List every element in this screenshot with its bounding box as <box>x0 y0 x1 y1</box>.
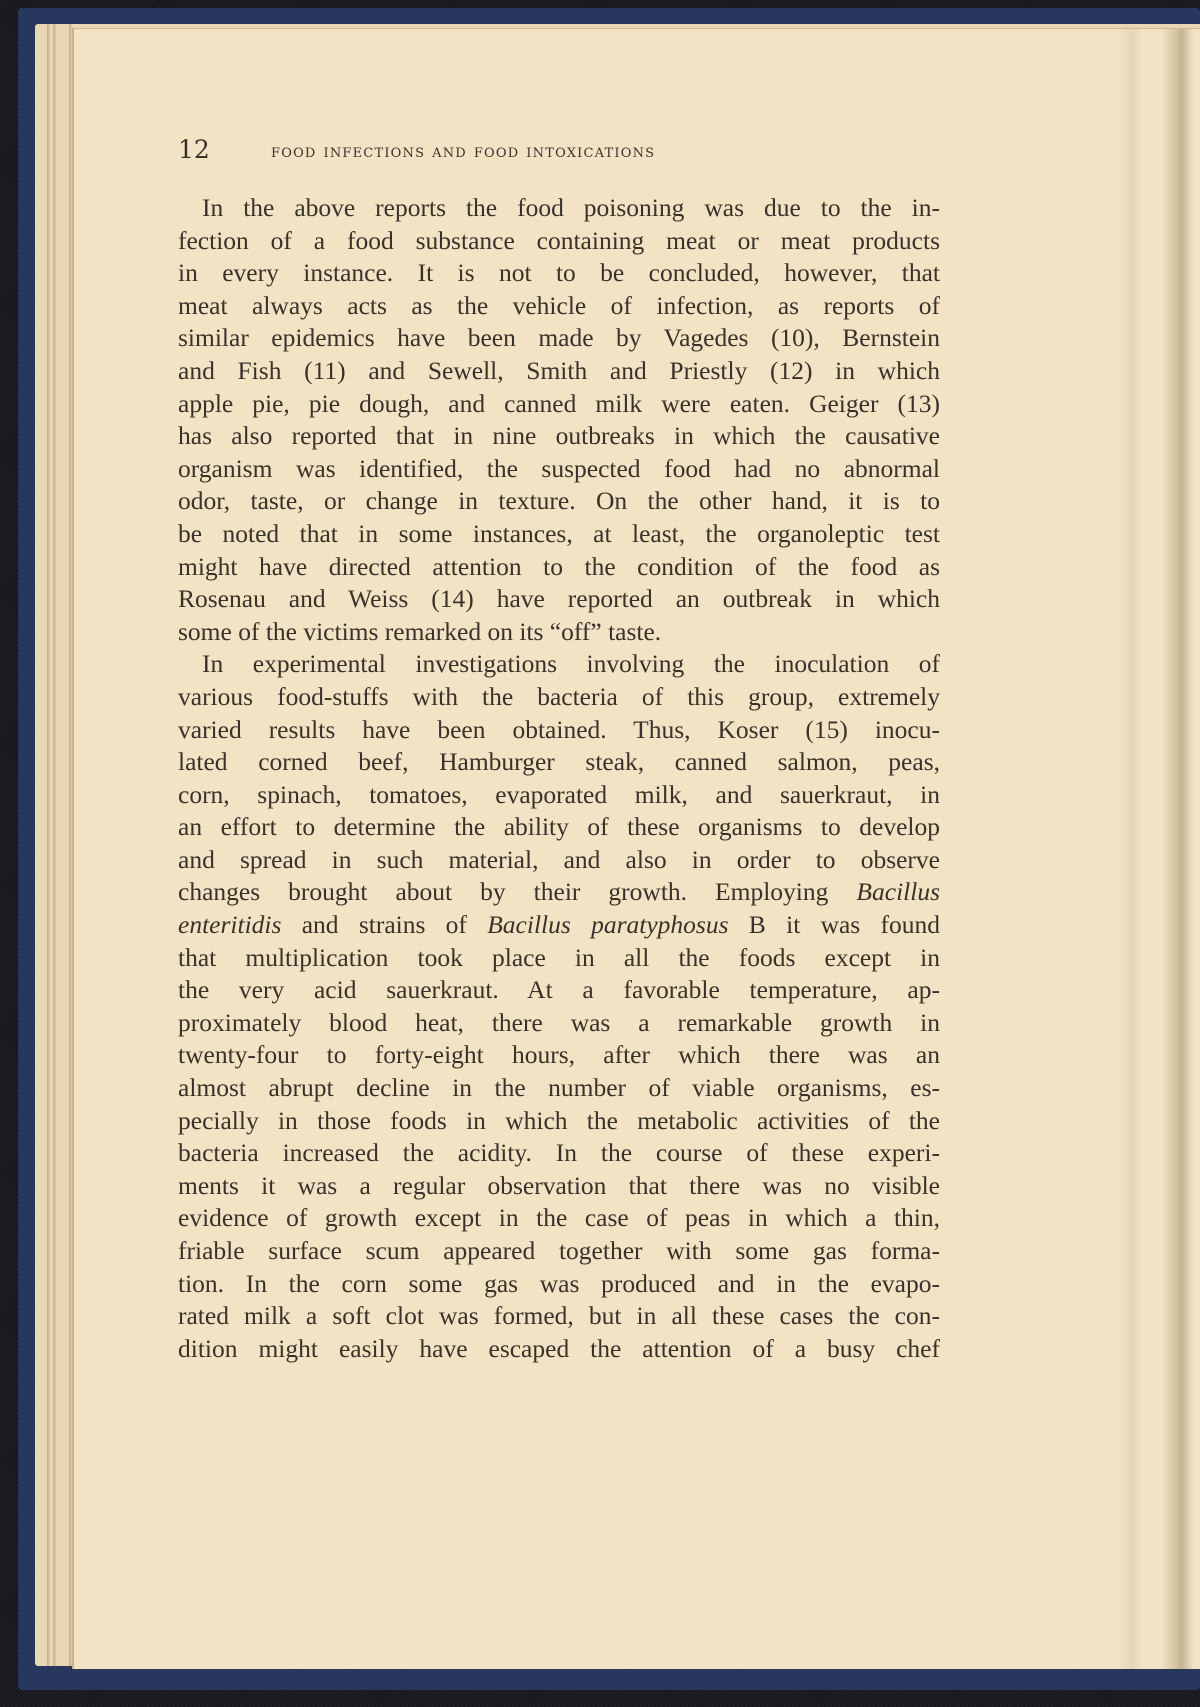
text-run: changes brought about by their growth. E… <box>178 877 856 906</box>
text-line: fection of a food substance containing m… <box>178 225 940 258</box>
text-line: might have directed attention to the con… <box>178 551 940 584</box>
body-text: In the above reports the food poisoning … <box>178 192 940 1365</box>
text-line: twenty-four to forty-eight hours, after … <box>178 1039 940 1072</box>
text-line: has also reported that in nine outbreaks… <box>178 420 940 453</box>
page-edge-line <box>47 24 50 1666</box>
text-line-with-italic: enteritidis and strains of Bacillus para… <box>178 909 940 942</box>
text-line: some of the victims remarked on its “off… <box>178 616 940 649</box>
text-line: friable surface scum appeared together w… <box>178 1235 940 1268</box>
text-run: B it was found <box>729 910 941 939</box>
text-line: almost abrupt decline in the number of v… <box>178 1072 940 1105</box>
italic-taxon: enteritidis <box>178 910 281 939</box>
book-scan: 12 FOOD INFECTIONS AND FOOD INTOXICATION… <box>0 0 1200 1707</box>
running-head-title: FOOD INFECTIONS AND FOOD INTOXICATIONS <box>271 132 655 172</box>
text-line: corn, spinach, tomatoes, evaporated milk… <box>178 779 940 812</box>
page-number: 12 <box>178 130 210 170</box>
text-line: dition might easily have escaped the att… <box>178 1333 940 1366</box>
text-line: evidence of growth except in the case of… <box>178 1202 940 1235</box>
page-edge-line <box>53 24 56 1666</box>
text-line: lated corned beef, Hamburger steak, cann… <box>178 746 940 779</box>
text-line: tion. In the corn some gas was produced … <box>178 1268 940 1301</box>
text-line: meat always acts as the vehicle of infec… <box>178 290 940 323</box>
text-line: the very acid sauerkraut. At a favorable… <box>178 974 940 1007</box>
text-line: various food-stuffs with the bacteria of… <box>178 681 940 714</box>
text-line: in every instance. It is not to be concl… <box>178 257 940 290</box>
text-line: Rosenau and Weiss (14) have reported an … <box>178 583 940 616</box>
text-line: and spread in such material, and also in… <box>178 844 940 877</box>
text-line: ments it was a regular observation that … <box>178 1170 940 1203</box>
text-run: and strains of <box>281 910 487 939</box>
italic-taxon: Bacillus paratyphosus <box>487 910 728 939</box>
text-line: rated milk a soft clot was formed, but i… <box>178 1300 940 1333</box>
text-line: an effort to determine the ability of th… <box>178 811 940 844</box>
italic-taxon: Bacillus <box>856 877 940 906</box>
text-line: organism was identified, the suspected f… <box>178 453 940 486</box>
text-line: bacteria increased the acidity. In the c… <box>178 1137 940 1170</box>
text-line: In the above reports the food poisoning … <box>178 192 940 225</box>
text-line: similar epidemics have been made by Vage… <box>178 322 940 355</box>
text-line: proximately blood heat, there was a rema… <box>178 1007 940 1040</box>
text-line: and Fish (11) and Sewell, Smith and Prie… <box>178 355 940 388</box>
text-line: apple pie, pie dough, and canned milk we… <box>178 388 940 421</box>
running-head: 12 FOOD INFECTIONS AND FOOD INTOXICATION… <box>178 130 918 170</box>
text-line: In experimental investigations involving… <box>178 648 940 681</box>
text-line: that multiplication took place in all th… <box>178 942 940 975</box>
text-line-with-italic: changes brought about by their growth. E… <box>178 876 940 909</box>
text-line: odor, taste, or change in texture. On th… <box>178 485 940 518</box>
text-line: be noted that in some instances, at leas… <box>178 518 940 551</box>
spine-gutter-shadow <box>1117 29 1200 1669</box>
text-line: pecially in those foods in which the met… <box>178 1105 940 1138</box>
text-line: varied results have been obtained. Thus,… <box>178 714 940 747</box>
